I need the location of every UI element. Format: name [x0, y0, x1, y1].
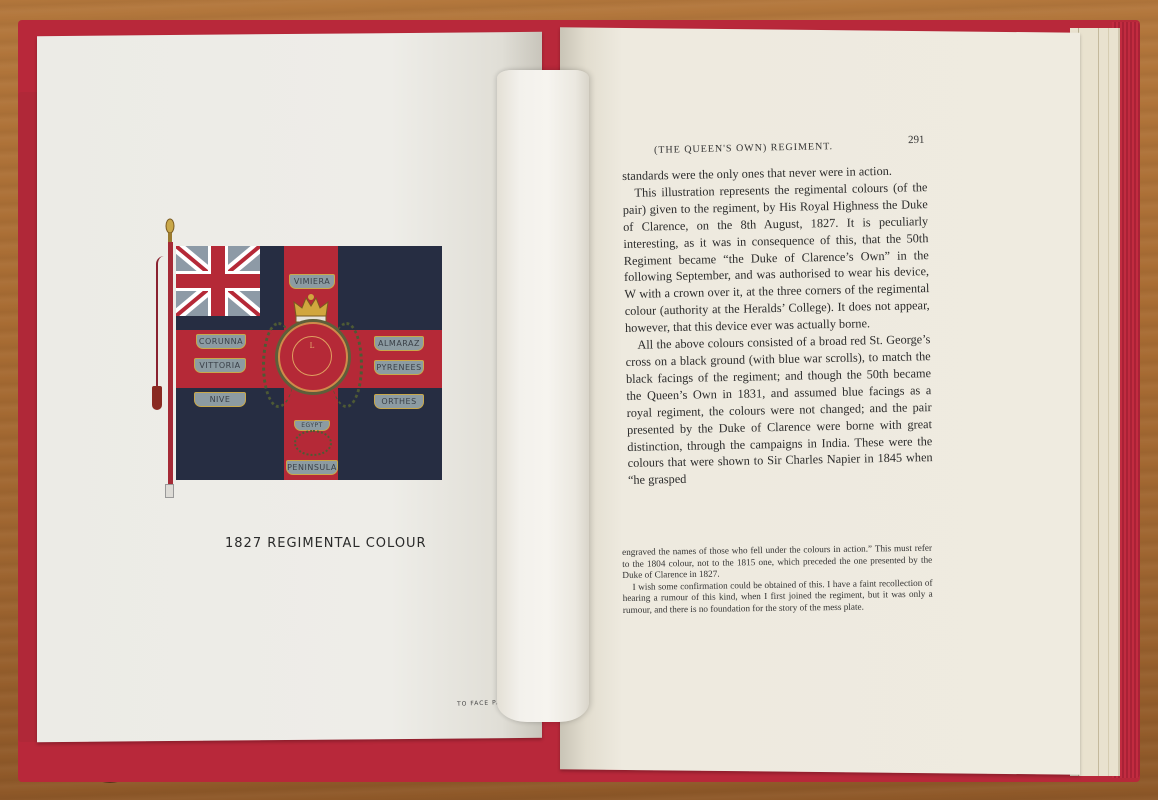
- honour-scroll: VIMIERA: [289, 274, 335, 289]
- regimental-colour-plate: VIMIERA CORUNNA VITTORIA NIVE ALMARAZ PY…: [150, 216, 450, 501]
- honour-scroll: NIVE: [194, 392, 246, 407]
- footnotes: engraved the names of those who fell und…: [622, 543, 933, 617]
- honour-scroll: VITTORIA: [194, 358, 246, 373]
- regimental-badge: L: [278, 322, 348, 392]
- crown-icon: [292, 294, 330, 324]
- honour-scroll: CORUNNA: [196, 334, 246, 349]
- tissue-guard-sheet[interactable]: [497, 70, 589, 722]
- honour-scroll: PENINSULA: [286, 460, 338, 475]
- honour-scroll: ALMARAZ: [374, 336, 424, 351]
- flag: VIMIERA CORUNNA VITTORIA NIVE ALMARAZ PY…: [176, 246, 442, 480]
- book-cover-left-edge: [18, 92, 38, 742]
- plate-caption: 1827 REGIMENTAL COLOUR: [225, 536, 427, 551]
- finial-icon: [164, 218, 176, 242]
- flag-cord: [156, 256, 166, 396]
- tassel: [152, 386, 162, 410]
- honour-scroll: ORTHES: [374, 394, 424, 409]
- footnote: engraved the names of those who fell und…: [622, 543, 932, 582]
- body-text: standards were the only ones that never …: [622, 162, 933, 489]
- honour-scroll: PYRENEES: [374, 360, 424, 375]
- footnote: I wish some confirmation could be obtain…: [622, 577, 932, 616]
- sphinx-icon: [294, 430, 332, 456]
- page-number: 291: [908, 134, 925, 146]
- paragraph: All the above colours consisted of a bro…: [625, 331, 933, 489]
- union-jack-canton: [176, 246, 260, 316]
- flag-pole: [168, 242, 173, 494]
- paragraph: This illustration represents the regimen…: [622, 179, 930, 337]
